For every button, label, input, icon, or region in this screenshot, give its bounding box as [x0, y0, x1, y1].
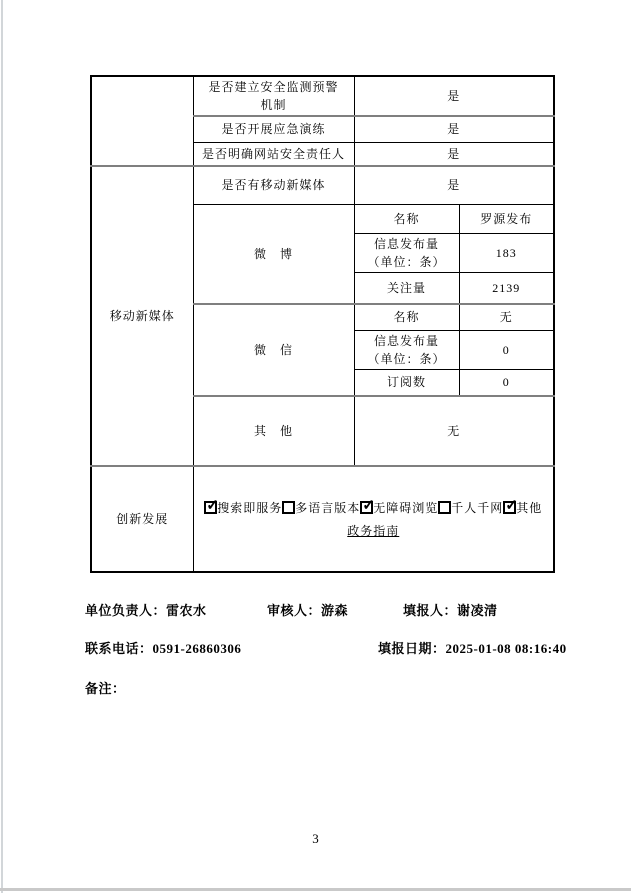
field-label: 是否明确网站安全责任人: [193, 142, 354, 166]
reviewer-value: 游森: [321, 603, 348, 618]
filler-label: 填报人：: [403, 603, 457, 618]
checkbox-label: 多语言版本: [295, 501, 360, 515]
field-value: 无: [354, 396, 554, 466]
report-date-value: 2025-01-08 08:16:40: [446, 641, 567, 656]
unit-head-value: 雷农水: [166, 603, 207, 618]
page-number: 3: [0, 831, 631, 847]
checkbox-personalized-web[interactable]: [438, 501, 451, 514]
checkbox-label: 千人千网: [451, 501, 503, 515]
field-label: 是否建立安全监测预警 机制: [193, 76, 354, 116]
field-label: 信息发布量 （单位：条）: [354, 233, 459, 272]
filler-field: 填报人：谢凌清: [403, 603, 498, 618]
subsection-other: 其 他: [193, 396, 354, 466]
checkbox-other[interactable]: [503, 501, 516, 514]
section-cell-continued: [91, 76, 193, 166]
innovation-other-detail: 政务指南: [347, 522, 399, 540]
subsection-weibo: 微 博: [193, 204, 354, 304]
field-value: 无: [459, 304, 554, 330]
innovation-options: 搜索即服务多语言版本无障碍浏览千人千网其他: [196, 499, 552, 517]
subsection-wechat: 微 信: [193, 304, 354, 396]
remark-field: 备注：: [85, 681, 126, 696]
field-label: 关注量: [354, 272, 459, 304]
unit-head-label: 单位负责人：: [85, 603, 166, 618]
report-date-label: 填报日期：: [378, 641, 446, 656]
innovation-options-cell: 搜索即服务多语言版本无障碍浏览千人千网其他 政务指南: [193, 466, 554, 572]
annual-report-table: 是否建立安全监测预警 机制 是 是否开展应急演练 是 是否明确网站安全责任人 是…: [90, 75, 555, 573]
checkbox-accessibility[interactable]: [360, 501, 373, 514]
field-label: 名称: [354, 304, 459, 330]
field-label: 是否有移动新媒体: [193, 166, 354, 204]
document-page: 是否建立安全监测预警 机制 是 是否开展应急演练 是 是否明确网站安全责任人 是…: [0, 0, 631, 893]
checkbox-label: 其他: [516, 501, 542, 515]
field-value: 是: [354, 76, 554, 116]
field-value: 2139: [459, 272, 554, 304]
page-edge-left: [1, 0, 3, 893]
field-value: 是: [354, 116, 554, 142]
field-label: 名称: [354, 204, 459, 233]
page-edge-bottom: [0, 888, 631, 891]
field-value: 罗源发布: [459, 204, 554, 233]
remark-label: 备注：: [85, 681, 126, 696]
section-innovation: 创新发展: [91, 466, 193, 572]
phone-label: 联系电话：: [85, 641, 153, 656]
field-label: 是否开展应急演练: [193, 116, 354, 142]
checkbox-label: 无障碍浏览: [373, 501, 438, 515]
field-value: 是: [354, 142, 554, 166]
checkbox-multilingual[interactable]: [282, 501, 295, 514]
reviewer-field: 审核人：游森: [267, 603, 348, 618]
field-value: 是: [354, 166, 554, 204]
field-value: 0: [459, 330, 554, 369]
field-label: 订阅数: [354, 369, 459, 396]
field-value: 183: [459, 233, 554, 272]
checkbox-label: 搜索即服务: [217, 501, 282, 515]
section-mobile-media: 移动新媒体: [91, 166, 193, 466]
report-date-field: 填报日期：2025-01-08 08:16:40: [378, 641, 567, 656]
field-label: 信息发布量 （单位：条）: [354, 330, 459, 369]
unit-head-field: 单位负责人：雷农水: [85, 603, 207, 618]
field-value: 0: [459, 369, 554, 396]
reviewer-label: 审核人：: [267, 603, 321, 618]
filler-value: 谢凌清: [457, 603, 498, 618]
checkbox-search-service[interactable]: [204, 501, 217, 514]
phone-value: 0591-26860306: [153, 641, 242, 656]
phone-field: 联系电话：0591-26860306: [85, 641, 241, 656]
